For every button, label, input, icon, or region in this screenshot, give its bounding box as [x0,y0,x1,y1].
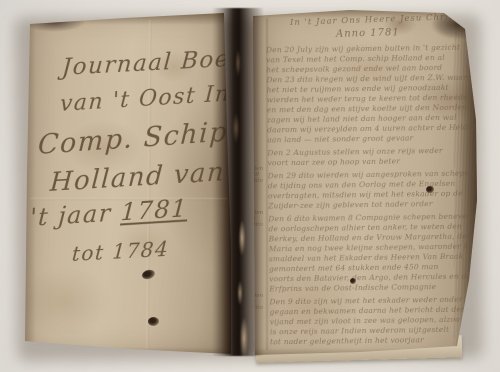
manuscript-line: tot nader gelegentheijt in het voorjaar [270,335,470,348]
title-year-prefix: 't jaar [29,198,122,232]
ink-blot [426,186,434,193]
manuscript-line: Zuijder-zee zijn gebleven tot nader orde… [268,199,468,212]
manuscript-anno-1781: Anno 1781 [336,27,400,40]
ink-blot [148,317,159,326]
manuscript-line: aan land — niet sonder groot gevaar [267,133,467,146]
manuscript-line: Erfprins van de Oost-Indische Compagnie [269,282,469,295]
manuscript-body: Den 20 July zijn wij gekomen buiten in '… [266,43,470,348]
left-page: Journaal Boek van 't Oost Indies Comp. S… [24,12,232,356]
title-line-holland-van: Holland van [49,157,226,198]
title-line-comp-schip: Comp. Schip [37,117,229,161]
right-page: In 't Jaar Ons Heere Jesu Christi Anno 1… [250,8,480,358]
ink-blot [141,268,156,280]
photo-backdrop: Journaal Boek van 't Oost Indies Comp. S… [0,0,500,372]
title-line-tot-1784: tot 1784 [71,237,170,266]
manuscript-line: voort naar zee op hoop van beter [267,156,467,169]
book-spine-gutter [212,8,264,356]
title-year-1781: 1781 [120,194,189,226]
ink-blot [350,278,356,284]
